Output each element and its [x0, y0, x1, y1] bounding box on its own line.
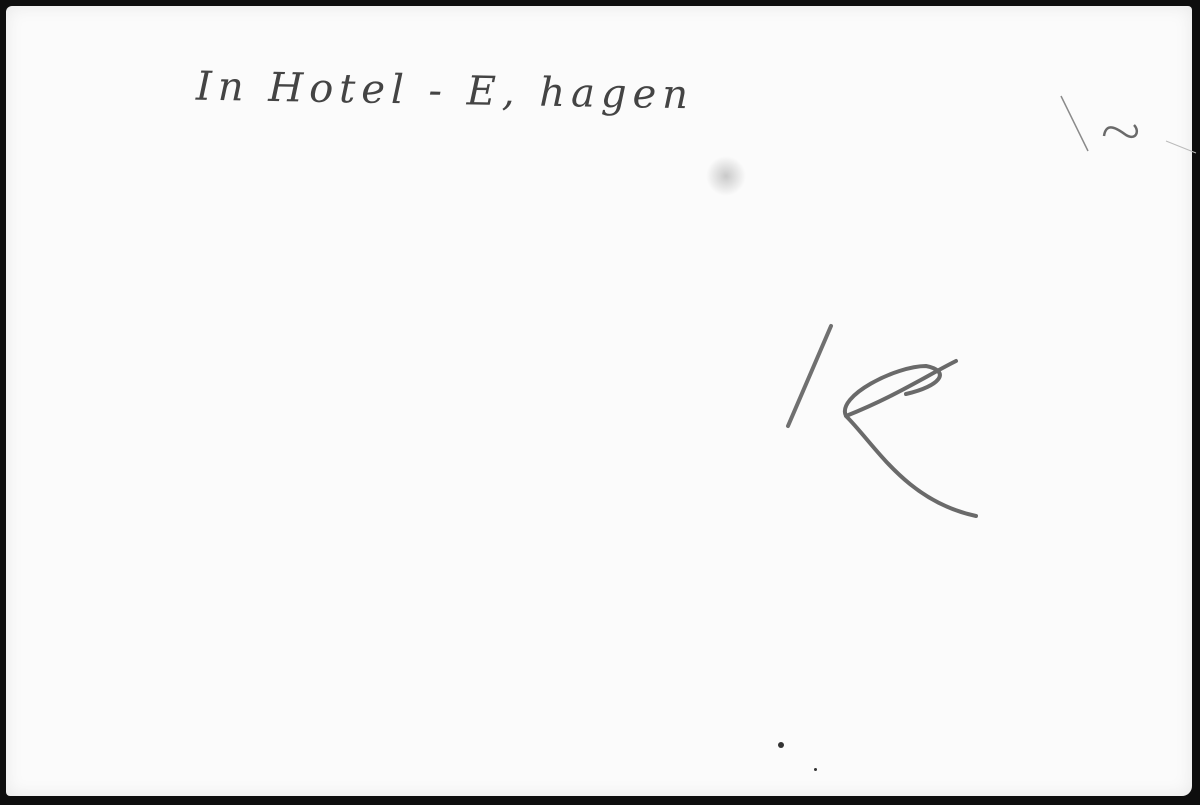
- speck: [814, 768, 817, 771]
- handwritten-number: [776, 316, 996, 536]
- handwritten-inscription: In Hotel - E, hagen: [196, 64, 695, 119]
- speck: [778, 742, 784, 748]
- ink-smudge: [706, 156, 746, 196]
- corner-pencil-mark: [1056, 91, 1146, 161]
- photo-card-back: In Hotel - E, hagen: [6, 6, 1192, 796]
- corner-mark-glyph: [1056, 91, 1146, 161]
- number-12-glyph: [776, 316, 996, 536]
